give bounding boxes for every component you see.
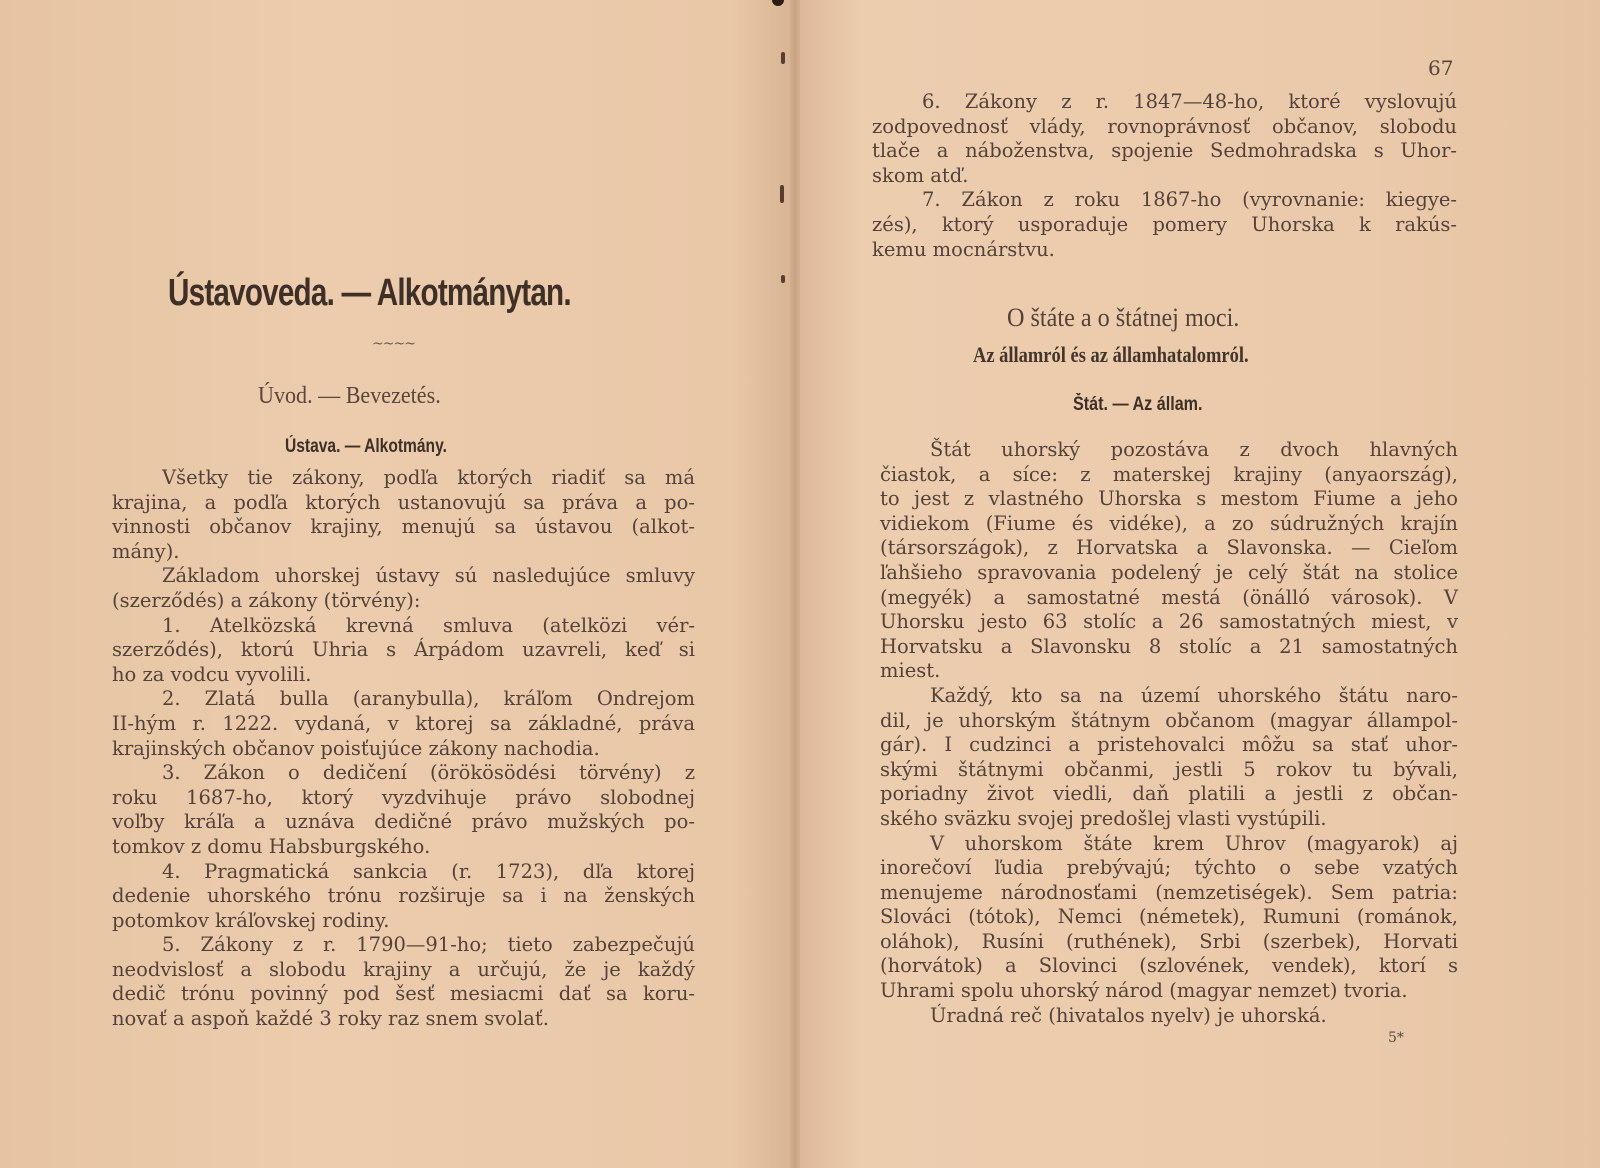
- text-line: 3. Zákon o dedičení (örökösödési törvény…: [112, 761, 695, 786]
- text-line: tlače a náboženstva, spojenie Sedmohrads…: [872, 139, 1457, 164]
- section-subtitle: Az államról és az államhatalomról.: [973, 342, 1249, 368]
- text-line: poriadny život viedli, daň platili a jes…: [880, 782, 1458, 807]
- binding-thread-mark: [781, 275, 785, 283]
- text-line: oláhok), Rusíni (ruthének), Srbi (szerbe…: [880, 930, 1458, 955]
- text-line: skom atď.: [872, 164, 1457, 189]
- text-line: II-hým r. 1222. vydaná, v ktorej sa zákl…: [112, 712, 695, 737]
- text-line: potomkov kráľovskej rodiny.: [112, 909, 695, 934]
- text-line: menujeme národnosťami (nemzetiségek). Se…: [880, 881, 1458, 906]
- text-line: Slováci (tótok), Nemci (németek), Rumuni…: [880, 905, 1458, 930]
- text-line: mány).: [112, 540, 695, 565]
- text-line: (megyék) a samostatné mestá (önálló váro…: [880, 586, 1458, 611]
- text-line: Uhorsku jesto 63 stolíc a 26 samostatnýc…: [880, 610, 1458, 635]
- printer-signature-mark: 5*: [1388, 1030, 1404, 1046]
- right-top-text: 6. Zákony z r. 1847—48-ho, ktoré vyslovu…: [872, 90, 1457, 262]
- text-line: krajina, a podľa ktorých ustanovujú sa p…: [112, 491, 695, 516]
- binding-thread-mark: [781, 52, 785, 64]
- text-line: novať a aspoň každé 3 roky raz snem svol…: [112, 1007, 695, 1032]
- text-line: Všetky tie zákony, podľa ktorých riadiť …: [112, 466, 695, 491]
- text-line: Horvatsku a Slavonsku 8 stolíc a 21 samo…: [880, 635, 1458, 660]
- section-heading: Ústava. — Alkotmány.: [285, 436, 447, 458]
- text-line: (társországok), z Horvatska a Slavonska.…: [880, 536, 1458, 561]
- text-line: 5. Zákony z r. 1790—91-ho; tieto zabezpe…: [112, 933, 695, 958]
- text-line: ľahšieho spravovania podelený je celý št…: [880, 561, 1458, 586]
- text-line: 7. Zákon z roku 1867-ho (vyrovnanie: kie…: [872, 188, 1457, 213]
- text-line: Uhrami spolu uhorský národ (magyar nemze…: [880, 979, 1458, 1004]
- text-line: inorečoví ľudia prebývajú; týchto o sebe…: [880, 856, 1458, 881]
- text-line: skými štátnymi občanmi, jestli 5 rokov t…: [880, 758, 1458, 783]
- chapter-title: Ústavoveda. — Alkotmánytan.: [168, 272, 535, 315]
- text-line: vidiekom (Fiume és vidéke), a zo súdružn…: [880, 512, 1458, 537]
- text-line: ského sväzku svojej predošlej vlasti vys…: [880, 807, 1458, 832]
- text-line: dil, je uhorským štátnym občanom (magyar…: [880, 709, 1458, 734]
- right-body-text: Štát uhorský pozostáva z dvoch hlavných …: [880, 438, 1458, 1028]
- text-line: zés), ktorý usporaduje pomery Uhorska k …: [872, 213, 1457, 238]
- text-line: Základom uhorskej ústavy sú nasledujúce …: [112, 564, 695, 589]
- text-line: kemu mocnárstvu.: [872, 238, 1457, 263]
- page-number: 67: [1428, 56, 1453, 80]
- text-line: Štát uhorský pozostáva z dvoch hlavných: [880, 438, 1458, 463]
- text-line: 4. Pragmatická sankcia (r. 1723), dľa kt…: [112, 860, 695, 885]
- binding-thread-mark: [780, 185, 784, 203]
- text-line: Každý, kto sa na území uhorského štátu n…: [880, 684, 1458, 709]
- text-line: gár). I cudzinci a pristehovalci môžu sa…: [880, 733, 1458, 758]
- text-line: szerződés), ktorú Uhria s Árpádom uzavre…: [112, 638, 695, 663]
- text-line: 2. Zlatá bulla (aranybulla), kráľom Ondr…: [112, 687, 695, 712]
- text-line: neodvislosť a slobodu krajiny a určujú, …: [112, 958, 695, 983]
- left-body-text: Všetky tie zákony, podľa ktorých riadiť …: [112, 466, 695, 1032]
- text-line: čiastok, a síce: z materskej krajiny (an…: [880, 463, 1458, 488]
- book-spread: Ústavoveda. — Alkotmánytan. ~~~~ Úvod. —…: [0, 0, 1600, 1168]
- text-line: roku 1687-ho, ktorý vyzdvihuje právo slo…: [112, 786, 695, 811]
- text-line: vinnosti občanov krajiny, menujú sa ústa…: [112, 515, 695, 540]
- text-line: miest.: [880, 659, 1458, 684]
- text-line: to jest z vlastného Uhorska s mestom Fiu…: [880, 487, 1458, 512]
- book-gutter: [790, 0, 800, 1168]
- text-line: voľby kráľa a uznáva dedičné právo mužsk…: [112, 810, 695, 835]
- text-line: dedič trónu povinný pod šesť mesiacmi da…: [112, 982, 695, 1007]
- text-line: 1. Atelközská krevná smluva (atelközi vé…: [112, 614, 695, 639]
- text-line: (szerződés) a zákony (törvény):: [112, 589, 695, 614]
- text-line: Úradná reč (hivatalos nyelv) je uhorská.: [880, 1004, 1458, 1029]
- section-title: O štáte a o štátnej moci.: [1007, 303, 1239, 333]
- text-line: krajinských občanov poisťujúce zákony na…: [112, 737, 695, 762]
- text-line: V uhorskom štáte krem Uhrov (magyarok) a…: [880, 832, 1458, 857]
- section-heading: Štát. — Az állam.: [1073, 394, 1203, 416]
- section-subtitle: Úvod. — Bevezetés.: [258, 383, 441, 410]
- text-line: (horvátok) a Slovinci (szlovének, vendek…: [880, 954, 1458, 979]
- text-line: tomkov z domu Habsburgského.: [112, 835, 695, 860]
- text-line: zodpovednosť vlády, rovnoprávnosť občano…: [872, 115, 1457, 140]
- text-line: 6. Zákony z r. 1847—48-ho, ktoré vyslovu…: [872, 90, 1457, 115]
- title-ornament: ~~~~: [372, 336, 415, 352]
- text-line: dedenie uhorského trónu rozširuje sa i n…: [112, 884, 695, 909]
- text-line: ho za vodcu vyvolili.: [112, 663, 695, 688]
